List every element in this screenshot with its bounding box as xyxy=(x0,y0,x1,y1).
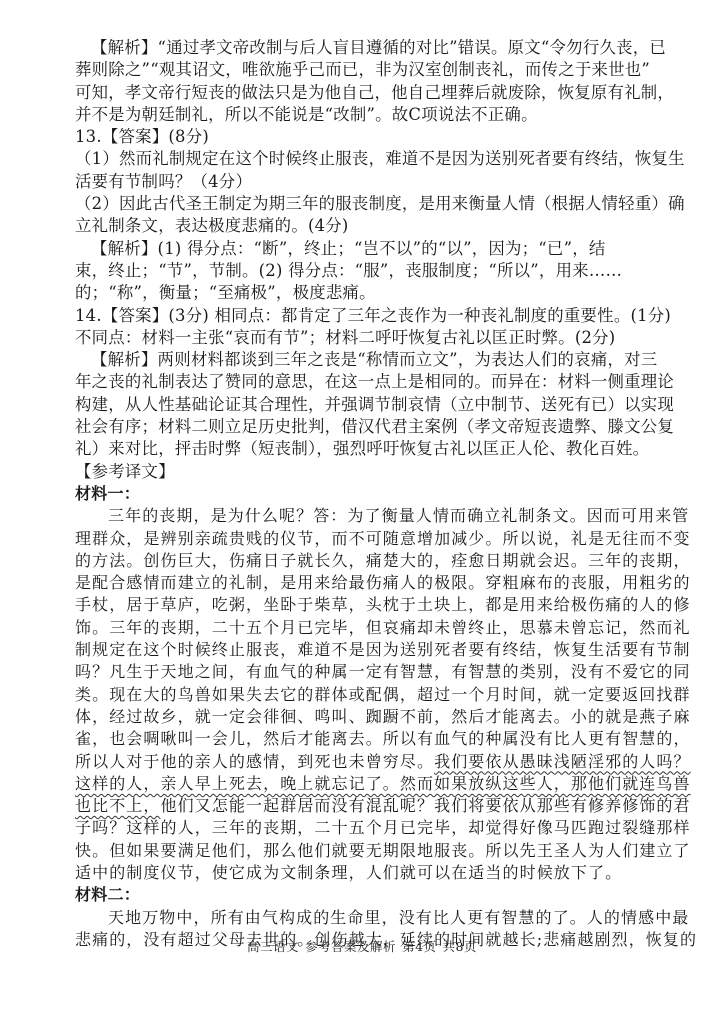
text-line: 构建，从人性基础论证其合理性，并强调节制哀情（立中制节、送死有已）以实现 xyxy=(75,394,665,416)
text-line: （1）然而礼制规定在这个时候终止服丧，难道不是因为送别死者要有终结，恢复生 xyxy=(75,148,665,170)
text-line: 吗？凡生于天地之间，有血气的种属一定有智慧，有智慧的类别，没有不爱它的同 xyxy=(75,661,665,683)
text-line: 礼）来对比，抨击时弊（短丧制），强烈呼吁恢复古礼以匡正人伦、教化百姓。 xyxy=(75,438,665,460)
page-footer: 高三语文参考答案及解析第4页共8页 xyxy=(0,937,724,955)
plain-text: 所以人对于他的亲人的感情，到死也未曾穷尽。 xyxy=(75,752,434,771)
answer-header: 13.【答案】(8分) xyxy=(75,126,665,148)
text-line: 【解析】两则材料都谈到三年之丧是“称情而立文”，为表达人们的哀痛，对三 xyxy=(75,349,665,371)
text-line: 并不是为朝廷制礼，所以不能说是“改制”。故C项说法不正确。 xyxy=(75,104,665,126)
document-page: 【解析】“通过孝文帝改制与后人盲目遵循的对比”错误。原文“令勿行久丧，已 葬则除… xyxy=(75,37,665,951)
question-14: 14.【答案】(3分) 相同点：都肯定了三年之丧作为一种丧礼制度的重要性。(1分… xyxy=(75,305,665,461)
text-line: 理群众，是辨别亲疏贵贱的仪节，而不可随意增加减少。所以说，礼是无往而不变 xyxy=(75,528,665,550)
text-line: 这样的人，亲人早上死去，晚上就忘记了。然而如果放纵这些人，那他们就连鸟兽 xyxy=(75,773,665,795)
footer-subject: 高三语文 xyxy=(247,939,299,954)
translation-heading: 【参考译文】 xyxy=(75,461,665,483)
analysis-option-c: 【解析】“通过孝文帝改制与后人盲目遵循的对比”错误。原文“令勿行久丧，已 葬则除… xyxy=(75,37,665,126)
footer-page-number: 第4页 xyxy=(402,939,436,954)
material-1: 材料一： 三年的丧期，是为什么呢？答：为了衡量人情而确立礼制条文。因而可用来管 … xyxy=(75,483,665,884)
footer-title: 参考答案及解析 xyxy=(305,939,396,954)
text-line: （2）因此古代圣王制定为期三年的服丧制度，是用来衡量人情（根据人情轻重）确 xyxy=(75,193,665,215)
text-line: 【解析】(1) 得分点：“断”，终止；“岂不以”的“以”，因为；“已”，结 xyxy=(75,238,665,260)
text-line: 是配合感情而建立的礼制，是用来给最伤痛人的极限。穿粗麻布的丧服，用粗劣的 xyxy=(75,572,665,594)
underlined-text: 这样的人，亲人早上死去，晚上就忘记了。然而如果放纵这些人，那他们就连鸟兽 xyxy=(75,774,691,793)
text-line: 雀，也会啁啾叫一会儿，然后才能离去。所以有血气的种属没有比人更有智慧的， xyxy=(75,728,665,750)
text-line: 束，终止；“节”，节制。(2) 得分点：“服”，丧服制度；“所以”，用来…… xyxy=(75,260,665,282)
text-line: 活要有节制吗？（4分） xyxy=(75,171,665,193)
text-line: 【解析】“通过孝文帝改制与后人盲目遵循的对比”错误。原文“令勿行久丧，已 xyxy=(75,37,665,59)
text-line: 社会有序；材料二则立足历史批判，借汉代君主案例（孝文帝短丧遗弊、滕文公复 xyxy=(75,416,665,438)
text-line: 不同点：材料一主张“哀而有节”；材料二呼吁恢复古礼以匡正时弊。(2分) xyxy=(75,327,665,349)
material-2-heading: 材料二： xyxy=(75,884,665,906)
material-1-heading: 材料一： xyxy=(75,483,665,505)
question-13: 13.【答案】(8分) （1）然而礼制规定在这个时候终止服丧，难道不是因为送别死… xyxy=(75,126,665,304)
text-line: 14.【答案】(3分) 相同点：都肯定了三年之丧作为一种丧礼制度的重要性。(1分… xyxy=(75,305,665,327)
text-line: 适中的制度仪节，使它成为文制条理，人们就可以在适当的时候放下了。 xyxy=(75,862,665,884)
text-line: 天地万物中，所有由气构成的生命里，没有比人更有智慧的了。人的情感中最 xyxy=(75,907,665,929)
text-line: 子吗？这样的人，三年的丧期，二十五个月已完毕，却觉得好像马匹跑过裂缝那样 xyxy=(75,817,665,839)
text-line: 制规定在这个时候终止服丧，难道不是因为送别死者要有终结，恢复生活要有节制 xyxy=(75,639,665,661)
text-line: 手杖，居于草庐，吃粥，坐卧于柴草，头枕于土块上，都是用来给极伤痛的人的修 xyxy=(75,594,665,616)
text-line: 年之丧的礼制表达了赞同的意思，在这一点上是相同的。而异在：材料一侧重理论 xyxy=(75,371,665,393)
text-line: 体，经过故乡，就一定会徘徊、鸣叫、踟蹰不前，然后才能离去。小的就是燕子麻 xyxy=(75,706,665,728)
text-line: 快。但如果要满足他们，那么他们就要无期限地服丧。所以先王圣人为人们建立了 xyxy=(75,840,665,862)
text-line: 也比不上，他们又怎能一起群居而没有混乱呢？我们将要依从那些有修养修饰的君 xyxy=(75,795,665,817)
text-line: 立礼制条文，表达极度悲痛的。(4分) xyxy=(75,215,665,237)
plain-text: 他们又怎能一起群居而没有混乱呢？我们将要依从那些有修养修饰的君 xyxy=(161,796,691,815)
footer-total-pages: 共8页 xyxy=(443,939,477,954)
text-line: 类。现在大的鸟兽如果失去它的群体或配偶，超过一个月时间，就一定要返回找群 xyxy=(75,684,665,706)
text-line: 所以人对于他的亲人的感情，到死也未曾穷尽。我们要依从愚昧浅陋淫邪的人吗？ xyxy=(75,751,665,773)
text-line: 三年的丧期，是为什么呢？答：为了衡量人情而确立礼制条文。因而可用来管 xyxy=(75,505,665,527)
text-line: 饰。三年的丧期，二十五个月已完毕，但哀痛却未曾终止，思慕未曾忘记，然而礼 xyxy=(75,617,665,639)
text-line: 可知，孝文帝行短丧的做法只是为他自己，他自己埋葬后就废除，恢复原有礼制， xyxy=(75,82,665,104)
text-line: 的；“称”，衡量；“至痛极”，极度悲痛。 xyxy=(75,282,665,304)
underlined-text: 也比不上， xyxy=(75,796,161,815)
underlined-text: 我们要依从愚昧浅陋淫邪的人吗？ xyxy=(434,752,691,771)
text-line: 的方法。创伤巨大，伤痛日子就长久，痛楚大的，痊愈日期就会迟。三年的丧期， xyxy=(75,550,665,572)
text-line: 葬则除之”“观其诏文，唯欲施乎己而已，非为汉室创制丧礼，而传之于来世也” xyxy=(75,59,665,81)
